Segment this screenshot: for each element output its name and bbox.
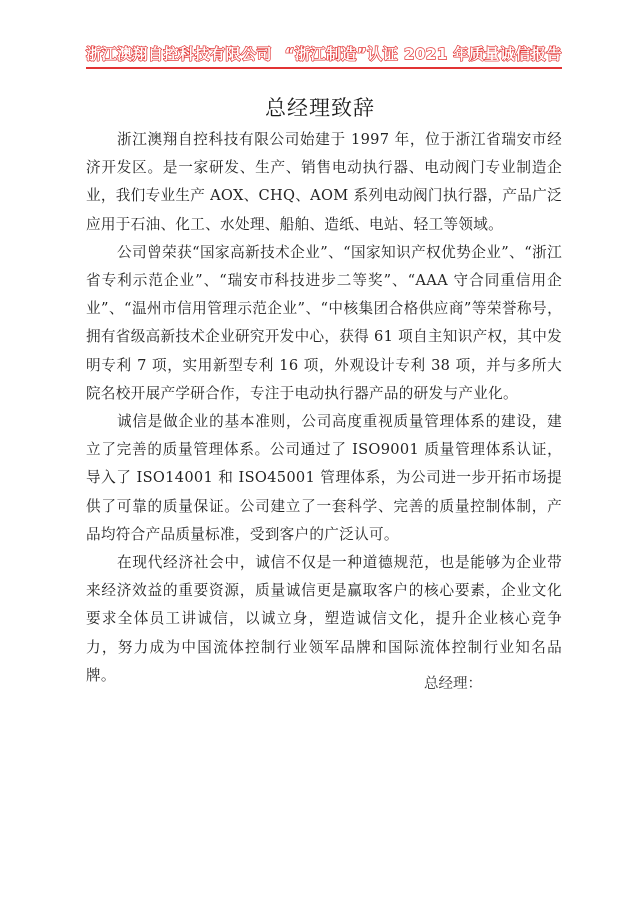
header-report-title: “浙江制造”认证 2021 年质量诚信报告 xyxy=(285,44,562,64)
paragraph-integrity: 在现代经济社会中，诚信不仅是一种道德规范，也是能够为企业带来经济效益的重要资源，… xyxy=(86,549,562,690)
page-header: 浙江澳翔自控科技有限公司 “浙江制造”认证 2021 年质量诚信报告 xyxy=(86,44,562,70)
header-divider xyxy=(86,67,562,69)
paragraph-company-intro: 浙江澳翔自控科技有限公司始建于 1997 年，位于浙江省瑞安市经济开发区。是一家… xyxy=(86,126,562,239)
header-company-name: 浙江澳翔自控科技有限公司 xyxy=(86,44,272,64)
paragraph-quality-system: 诚信是做企业的基本准则，公司高度重视质量管理体系的建设，建立了完善的质量管理体系… xyxy=(86,408,562,549)
document-body: 浙江澳翔自控科技有限公司始建于 1997 年，位于浙江省瑞安市经济开发区。是一家… xyxy=(86,126,562,690)
signature-label: 总经理： xyxy=(424,674,482,694)
paragraph-honors: 公司曾荣获“国家高新技术企业”、“国家知识产权优势企业”、“浙江省专利示范企业”… xyxy=(86,239,562,408)
document-title: 总经理致辞 xyxy=(0,94,640,122)
